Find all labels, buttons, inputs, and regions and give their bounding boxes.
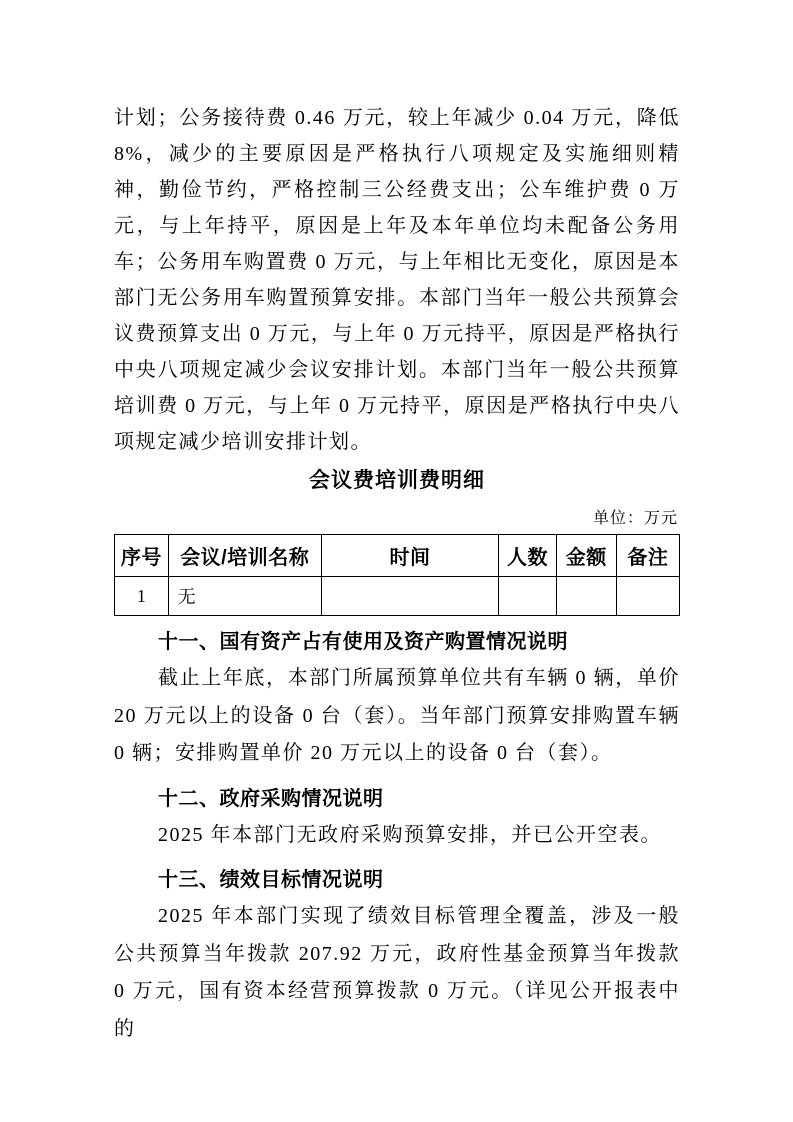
section-paragraph-state-assets: 截止上年底，本部门所属预算单位共有车辆 0 辆，单价 20 万元以上的设备 0 … <box>114 660 680 773</box>
section-performance-targets: 十三、绩效目标情况说明 2025 年本部门实现了绩效目标管理全覆盖，涉及一般公共… <box>114 862 680 1048</box>
section-paragraph-performance-targets: 2025 年本部门实现了绩效目标管理全覆盖，涉及一般公共预算当年拨款 207.9… <box>114 898 680 1048</box>
header-cell-time: 时间 <box>321 535 498 577</box>
section-state-assets: 十一、国有资产占有使用及资产购置情况说明 截止上年底，本部门所属预算单位共有车辆… <box>114 624 680 773</box>
table-header-row: 序号 会议/培训名称 时间 人数 金额 备注 <box>115 535 680 577</box>
unit-note: 单位：万元 <box>114 506 678 532</box>
budget-continuation-paragraph: 计划；公务接待费 0.46 万元，较上年减少 0.04 万元，降低 8%，减少的… <box>114 100 680 460</box>
fee-detail-title: 会议费培训费明细 <box>114 464 680 498</box>
section-heading-government-procurement: 十二、政府采购情况说明 <box>114 781 680 817</box>
cell-people <box>499 577 557 616</box>
header-cell-name: 会议/培训名称 <box>168 535 321 577</box>
fee-detail-table: 序号 会议/培训名称 时间 人数 金额 备注 1 无 <box>114 534 680 616</box>
section-heading-performance-targets: 十三、绩效目标情况说明 <box>114 862 680 898</box>
section-heading-state-assets: 十一、国有资产占有使用及资产购置情况说明 <box>114 624 680 660</box>
section-paragraph-government-procurement: 2025 年本部门无政府采购预算安排，并已公开空表。 <box>114 817 680 855</box>
header-cell-people: 人数 <box>499 535 557 577</box>
table-row: 1 无 <box>115 577 680 616</box>
section-government-procurement: 十二、政府采购情况说明 2025 年本部门无政府采购预算安排，并已公开空表。 <box>114 781 680 855</box>
header-cell-amount: 金额 <box>556 535 616 577</box>
cell-remark <box>616 577 679 616</box>
cell-amount <box>556 577 616 616</box>
cell-serial: 1 <box>115 577 169 616</box>
fee-table-header: 序号 会议/培训名称 时间 人数 金额 备注 <box>115 535 680 577</box>
fee-table-body: 1 无 <box>115 577 680 616</box>
header-cell-serial: 序号 <box>115 535 169 577</box>
cell-name: 无 <box>168 577 321 616</box>
document-page: 计划；公务接待费 0.46 万元，较上年减少 0.04 万元，降低 8%，减少的… <box>0 0 793 1122</box>
cell-time <box>321 577 498 616</box>
header-cell-remark: 备注 <box>616 535 679 577</box>
